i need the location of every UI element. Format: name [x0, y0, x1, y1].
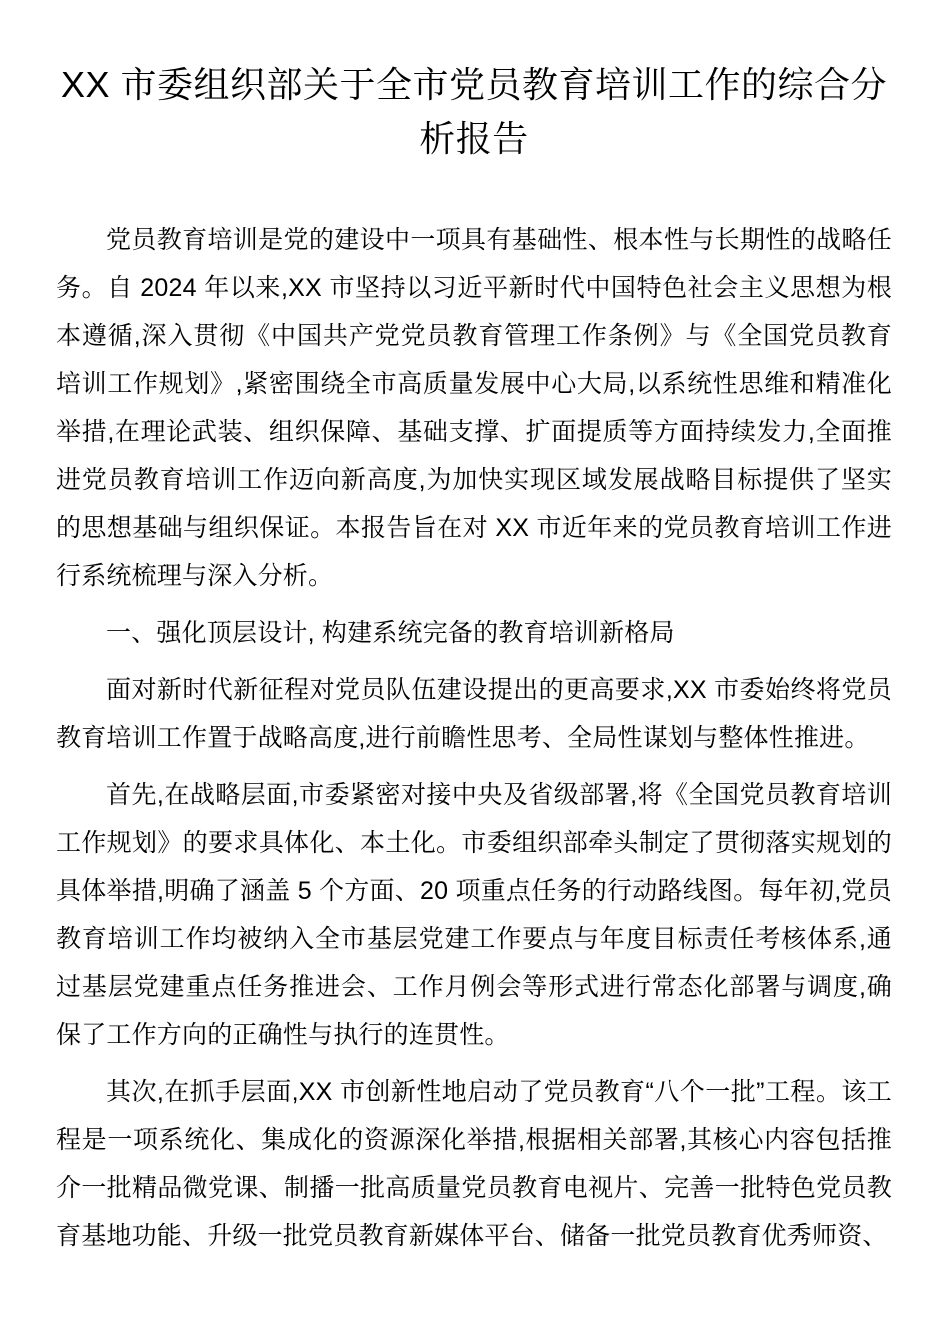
document-body: 党员教育培训是党的建设中一项具有基础性、根本性与长期性的战略任务。自 2024 …: [56, 216, 892, 1260]
paragraph-section1-overview: 面对新时代新征程对党员队伍建设提出的更高要求,XX 市委始终将党员教育培训工作置…: [56, 666, 892, 762]
paragraph-intro: 党员教育培训是党的建设中一项具有基础性、根本性与长期性的战略任务。自 2024 …: [56, 216, 892, 600]
paragraph-section1-first: 首先,在战略层面,市委紧密对接中央及省级部署,将《全国党员教育培训工作规划》的要…: [56, 771, 892, 1059]
section-heading-1: 一、强化顶层设计, 构建系统完备的教育培训新格局: [56, 609, 892, 657]
paragraph-section1-second: 其次,在抓手层面,XX 市创新性地启动了党员教育“八个一批”工程。该工程是一项系…: [56, 1068, 892, 1260]
document-title: XX 市委组织部关于全市党员教育培训工作的综合分析报告: [56, 58, 892, 166]
document-page: XX 市委组织部关于全市党员教育培训工作的综合分析报告 党员教育培训是党的建设中…: [0, 0, 950, 1344]
